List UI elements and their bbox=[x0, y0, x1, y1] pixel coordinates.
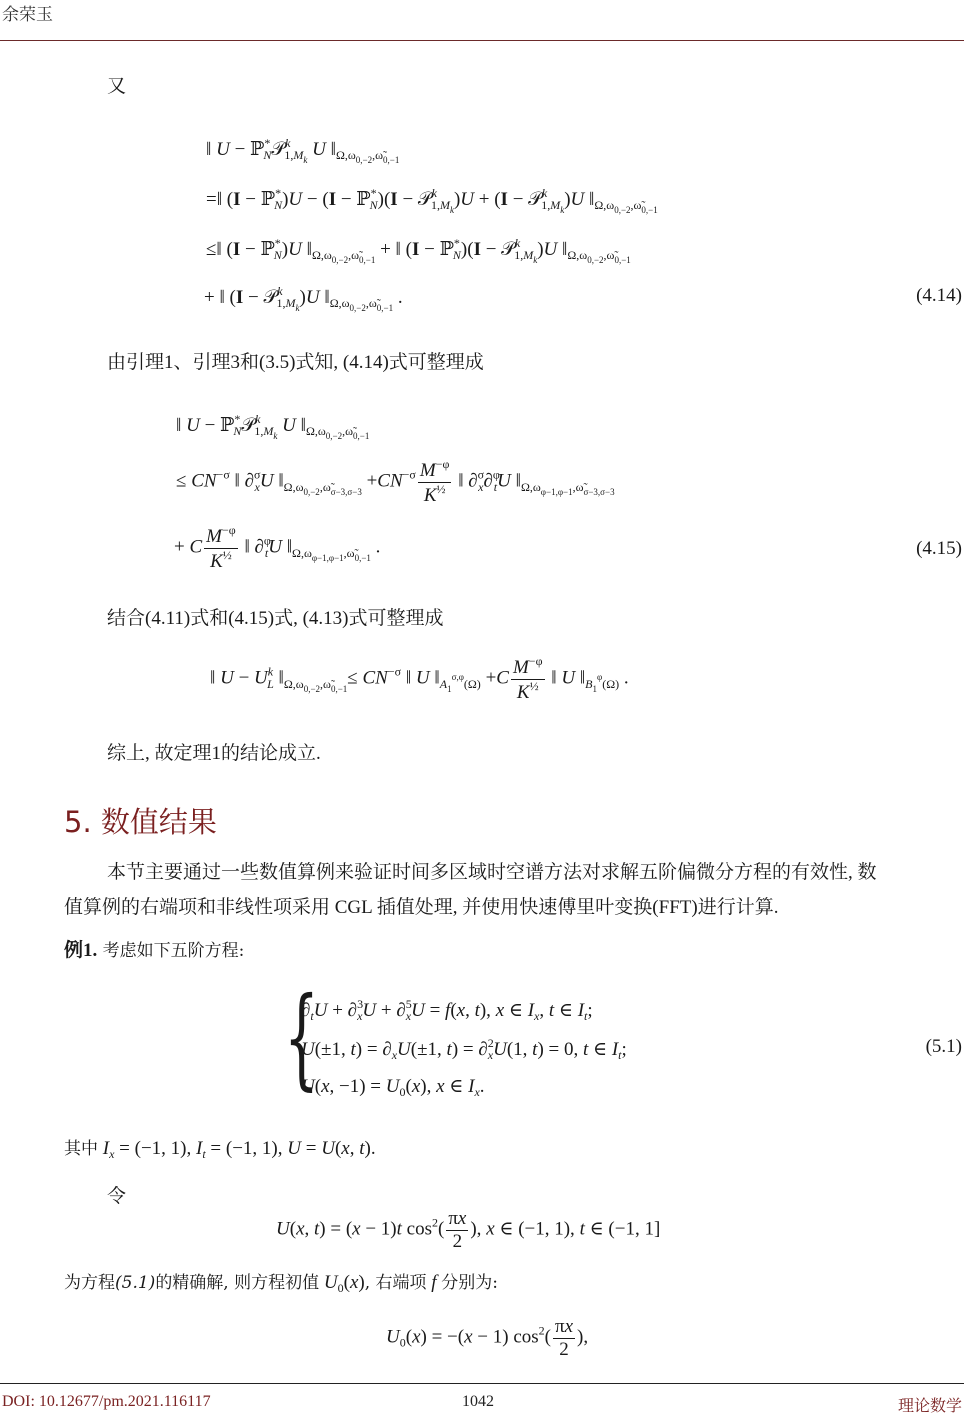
footer-doi-link[interactable]: DOI: 10.12677/pm.2021.116117 bbox=[2, 1393, 211, 1411]
eq414-line3: ≤‖ (I − ℙ*N)U ‖Ω,ω0,−2,ω̃0,−1 + ‖ (I − ℙ… bbox=[206, 236, 631, 265]
where-definitions: 其中 Ix = (−1, 1), It = (−1, 1), U = U(x, … bbox=[64, 1134, 376, 1162]
footer-page-number: 1042 bbox=[462, 1393, 494, 1411]
eq51-line1: ∂tU + ∂3xU + ∂5xU = f(x, t), x ∈ Ix, t ∈… bbox=[301, 997, 593, 1024]
initial-value-u0: U0(x) = −(x − 1) cos2(πx2), bbox=[386, 1316, 588, 1361]
equation-number-5-1: (5.1) bbox=[926, 1036, 962, 1058]
paragraph-exact-solution: 为方程(5.1)的精确解, 则方程初值 U0(x), 右端项 f 分别为: bbox=[64, 1268, 498, 1296]
eq51-line2: U(±1, t) = ∂xU(±1, t) = ∂2xU(1, t) = 0, … bbox=[301, 1036, 627, 1063]
footer-rule bbox=[0, 1383, 964, 1384]
section-title-numerical-results: 5. 数值结果 bbox=[64, 800, 217, 841]
footer-journal-name: 理论数学 bbox=[898, 1393, 962, 1414]
header-rule bbox=[0, 40, 964, 41]
example-text: 考虑如下五阶方程: bbox=[97, 941, 244, 961]
paragraph-intro-line1: 本节主要通过一些数值算例来验证时间多区域时空谱方法对求解五阶偏微分方程的有效性,… bbox=[107, 862, 877, 885]
eq415-line3: + CM−φK½ ‖ ∂φtU ‖Ω,ωφ−1,φ−1,ω̃0,−1 . bbox=[174, 524, 380, 573]
eq415-line1: ‖ U − ℙ*N𝒫k1,Mk U ‖Ω,ω0,−2,ω̃0,−1 bbox=[176, 412, 369, 441]
equation-number-4-14: (4.14) bbox=[916, 285, 962, 307]
example-label: 例1. bbox=[64, 940, 97, 961]
exact-solution: U(x, t) = (x − 1)t cos2(πx2), x ∈ (−1, 1… bbox=[276, 1208, 660, 1253]
paragraph-conclusion: 综上, 故定理1的结论成立. bbox=[107, 743, 321, 766]
example-heading: 例1. 考虑如下五阶方程: bbox=[64, 940, 244, 963]
eq414-line2: =‖ (I − ℙ*N)U − (I − ℙ*N)(I − 𝒫k1,Mk)U +… bbox=[206, 186, 658, 215]
text-you: 又 bbox=[107, 76, 126, 99]
equation-number-4-15: (4.15) bbox=[916, 538, 962, 560]
eq-final-estimate: ‖ U − UkL ‖Ω,ω0,−2,ω̃0,−1≤ CN−σ ‖ U ‖A1σ… bbox=[210, 655, 629, 704]
eq415-line2: ≤ CN−σ ‖ ∂σxU ‖Ω,ω0,−2,ω̃σ−3,σ−3 +CN−σM−… bbox=[176, 458, 615, 507]
paragraph-combine: 结合(4.11)式和(4.15)式, (4.13)式可整理成 bbox=[107, 608, 444, 631]
text-let: 令 bbox=[107, 1186, 126, 1209]
eq414-line4: + ‖ (I − 𝒫k1,Mk)U ‖Ω,ω0,−2,ω̃0,−1 . bbox=[204, 284, 403, 313]
paragraph-lemma: 由引理1、引理3和(3.5)式知, (4.14)式可整理成 bbox=[107, 352, 484, 375]
eq51-line3: U(x, −1) = U0(x), x ∈ Ix. bbox=[301, 1075, 485, 1100]
running-header-author: 余荣玉 bbox=[2, 0, 53, 25]
eq414-line1: ‖ U − ℙ*N𝒫k1,Mk U ‖Ω,ω0,−2,ω̃0,−1 bbox=[206, 136, 399, 165]
paragraph-intro-line2: 值算例的右端项和非线性项采用 CGL 插值处理, 并使用快速傅里叶变换(FFT)… bbox=[64, 897, 778, 920]
